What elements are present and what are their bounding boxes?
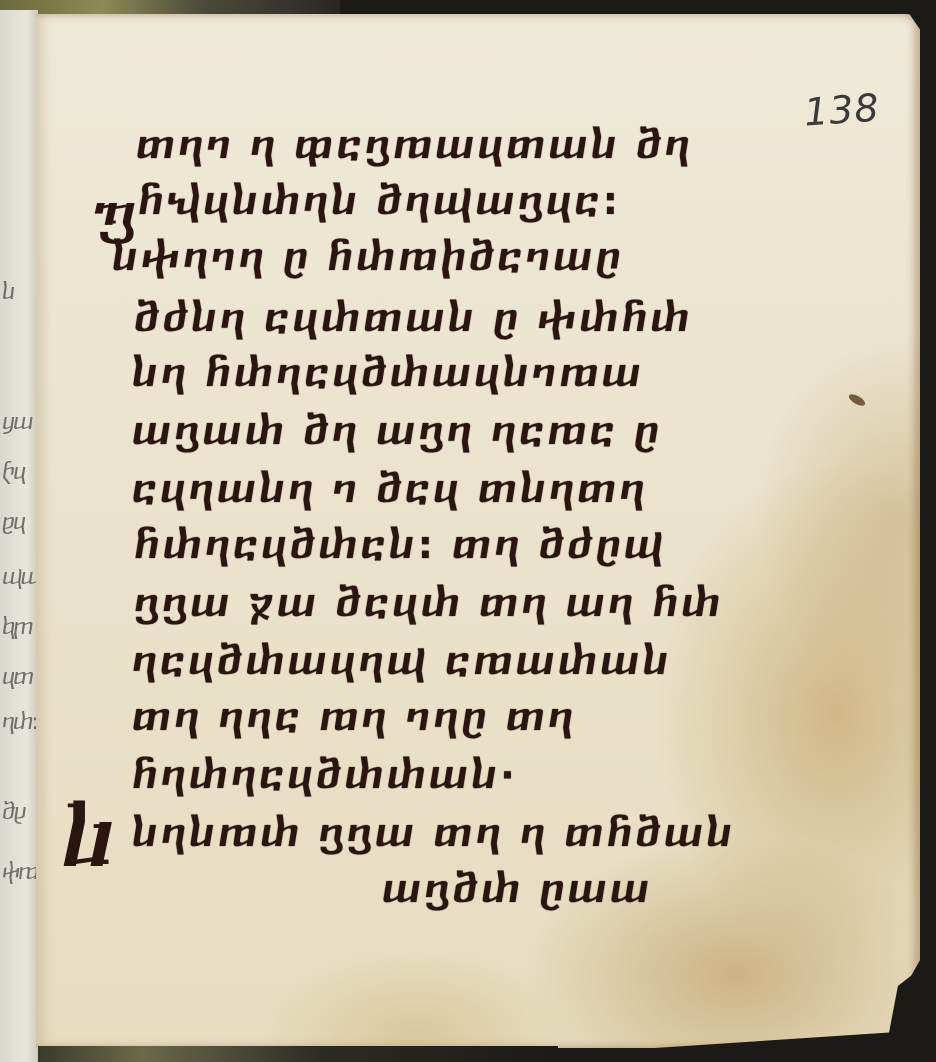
ghost-text: ⴗⴇ <box>2 665 38 690</box>
text-line-3: ⴑⴕⴄⴈⴄ ⴚ ⴌⴐⴊⴙⴋⴀⴈⴍⴚ <box>112 238 624 276</box>
text-line-2: ⴌⴏⴗⴑⴐⴄⴑ ⴋⴄⴓⴍⴂⴗⴀ: <box>138 182 621 220</box>
ghost-text: ⴕⴊ <box>2 860 38 885</box>
ghost-text: ⴘⴍ <box>2 410 38 435</box>
binding-edge-top <box>0 0 340 14</box>
ghost-text: ⴋⴞ <box>2 800 38 825</box>
text-line-11: ⴇⴄ ⴄⴄⴀ ⴊⴄ ⴈⴄⴚ ⴇⴄ <box>132 698 576 736</box>
ghost-text: ⴡⴗ <box>2 460 38 485</box>
previous-page-edge: ⴑ ⴘⴍ ⴡⴗ ⴒⴗ ⴓⴍ ⴉⴜ ⴗⴇ ⴄⴐ: ⴋⴞ ⴕⴊ <box>0 10 38 1062</box>
text-line-12: ⴌⴄⴐⴄⴀⴗⴋⴐⴐⴍⴑ· <box>132 756 518 794</box>
binding-edge-bottom <box>38 1046 558 1062</box>
text-line-4: ⴋⴛⴑⴄ ⴀⴗⴐⴇⴍⴑ ⴚ ⴕⴐⴌⴐ <box>134 299 693 337</box>
text-block: ⴂ ⴑ ⴇⴄⴈ ⴄ ⴔⴀⴂⴊⴍⴗⴇⴍⴑ ⴋⴄ ⴌⴏⴗⴑⴐⴄⴑ ⴋⴄⴓⴍⴂⴗⴀ: … <box>36 14 920 1048</box>
text-line-6: ⴍⴂⴍⴐ ⴋⴄ ⴍⴂⴄ ⴄⴀⴊⴀ ⴚ <box>132 412 662 450</box>
text-line-10: ⴄⴀⴗⴋⴐⴍⴗⴄⴓ ⴀⴊⴍⴐⴍⴑ <box>132 642 672 680</box>
ghost-text: ⴑ <box>2 280 38 305</box>
ghost-text: ⴉⴜ <box>2 615 38 640</box>
ghost-text: ⴓⴍ <box>2 565 38 590</box>
text-line-5: ⴑⴄ ⴌⴐⴄⴀⴗⴋⴐⴍⴗⴑⴈⴊⴍ <box>132 354 644 392</box>
text-line-13: ⴑⴄⴑⴊⴐ ⴂⴂⴍ ⴇⴄ ⴄ ⴇⴌⴋⴍⴑ <box>132 814 735 852</box>
text-line-9: ⴂⴂⴍ ⴟⴍ ⴋⴀⴗⴐ ⴇⴄ ⴍⴄ ⴌⴐ <box>134 584 723 622</box>
decorated-initial: ⴑ <box>60 786 115 887</box>
ghost-text: ⴒⴗ <box>2 510 38 535</box>
manuscript-leaf: 138 ⴂ ⴑ ⴇⴄⴈ ⴄ ⴔⴀⴂⴊⴍⴗⴇⴍⴑ ⴋⴄ ⴌⴏⴗⴑⴐⴄⴑ ⴋⴄⴓⴍⴂ… <box>36 14 920 1048</box>
ghost-text: ⴄⴐ: <box>2 710 38 735</box>
text-line-7: ⴀⴗⴄⴍⴑⴄ ⴈ ⴋⴀⴗ ⴇⴑⴄⴇⴄ <box>132 470 648 508</box>
text-line-14: ⴍⴂⴋⴐ ⴚⴍⴍ <box>382 870 652 908</box>
text-line-1: ⴇⴄⴈ ⴄ ⴔⴀⴂⴊⴍⴗⴇⴍⴑ ⴋⴄ <box>136 126 693 164</box>
text-line-8: ⴌⴐⴄⴀⴗⴋⴐⴀⴑ: ⴇⴄ ⴋⴛⴚⴓ <box>134 526 666 564</box>
